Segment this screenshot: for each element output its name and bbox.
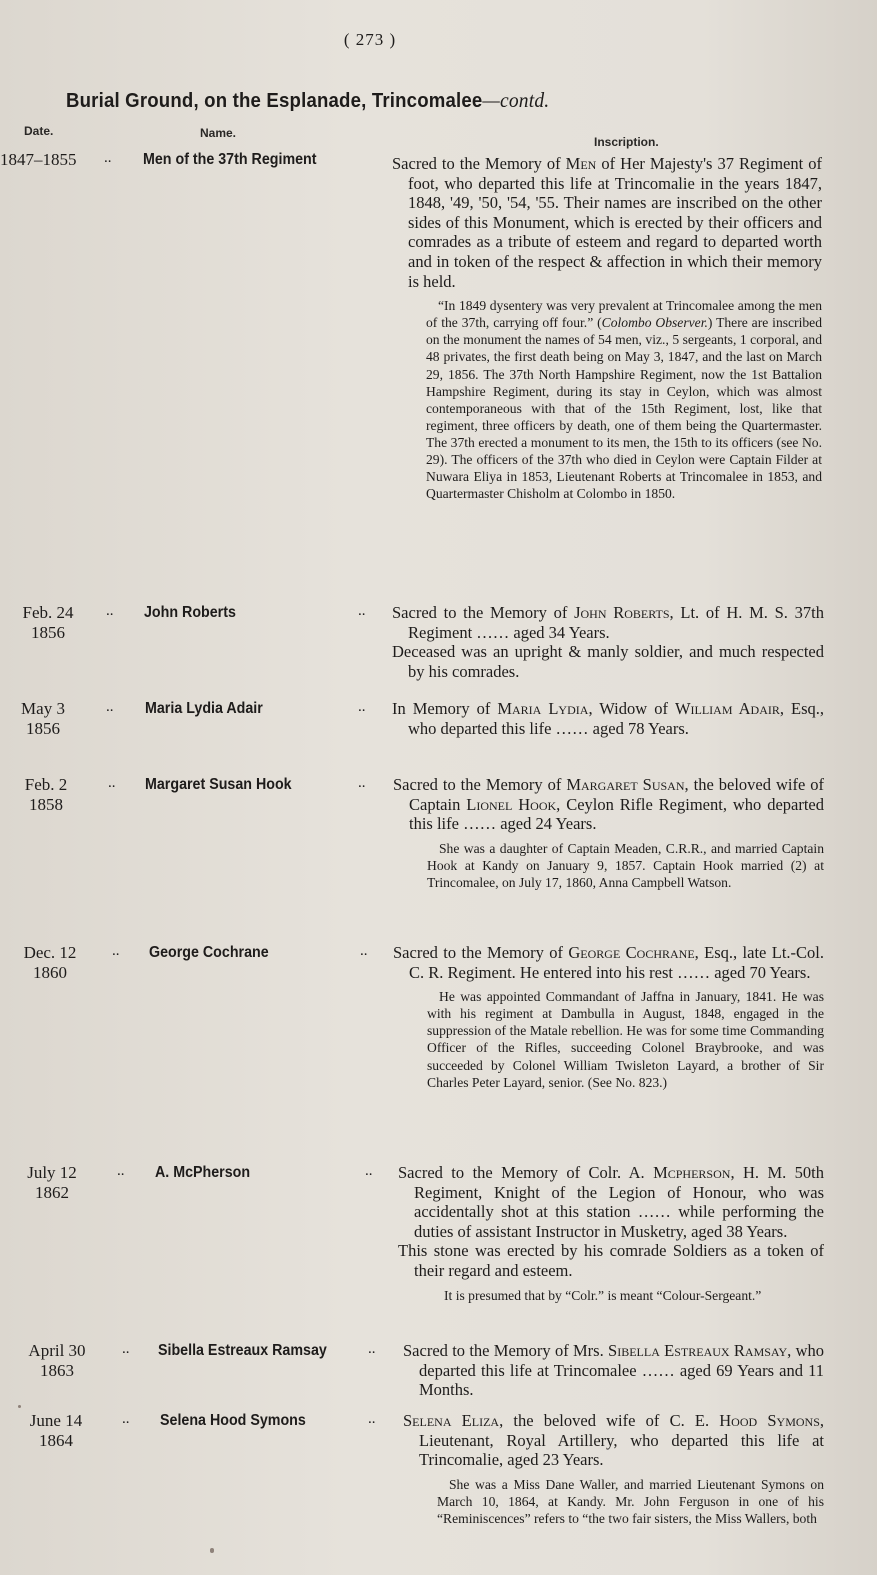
leader-dots: .. xyxy=(122,1411,130,1428)
entry-date: April 301863 xyxy=(17,1341,97,1381)
small-caps-name: Margaret Susan xyxy=(566,775,684,794)
entry-date-day: Feb. 2 xyxy=(6,775,86,795)
leader-dots: .. xyxy=(360,943,368,960)
title-text: Burial Ground, on the Esplanade, Trincom… xyxy=(66,90,482,112)
editorial-note: She was a Miss Dane Waller, and married … xyxy=(403,1476,824,1527)
inscription-paragraph: Sacred to the Memory of John Roberts, Lt… xyxy=(392,603,824,642)
note-text: She was a Miss Dane Waller, and married … xyxy=(421,1476,824,1527)
leader-dots: .. xyxy=(104,150,112,167)
entry-name: Sibella Estreaux Ramsay xyxy=(158,1342,327,1360)
column-header-name: Name. xyxy=(200,126,236,140)
inscription-paragraph: Sacred to the Memory of Margaret Susan, … xyxy=(393,775,824,834)
entry-inscription: Sacred to the Memory of Margaret Susan, … xyxy=(393,775,824,891)
entry-date: 1847–1855 xyxy=(0,150,90,170)
entry-date-day: April 30 xyxy=(17,1341,97,1361)
entry-inscription: In Memory of Maria Lydia, Widow of Willi… xyxy=(392,699,824,738)
leader-dots: .. xyxy=(368,1341,376,1358)
page-title: Burial Ground, on the Esplanade, Trincom… xyxy=(66,88,549,113)
leader-dots: .. xyxy=(368,1411,376,1428)
column-header-date: Date. xyxy=(24,124,53,138)
entry-inscription: Sacred to the Memory of John Roberts, Lt… xyxy=(392,603,824,681)
small-caps-name: George Cochrane xyxy=(568,943,694,962)
entry-date: June 141864 xyxy=(16,1411,96,1451)
entry-date: Feb. 241856 xyxy=(8,603,88,643)
entry-date-day: July 12 xyxy=(12,1163,92,1183)
entry-inscription: Sacred to the Memory of Colr. A. Mcphers… xyxy=(398,1163,824,1304)
small-caps-name: Lionel Hook xyxy=(466,795,556,814)
title-suffix: —contd. xyxy=(482,88,549,112)
small-caps-name: Men xyxy=(566,154,597,173)
note-text: “In 1849 dysentery was very prevalent at… xyxy=(410,297,822,502)
inscription-paragraph: This stone was erected by his comrade So… xyxy=(398,1241,824,1280)
entry-name: Maria Lydia Adair xyxy=(145,700,263,718)
entry-name: Men of the 37th Regiment xyxy=(143,151,317,169)
small-caps-name: Maria Lydia xyxy=(497,699,588,718)
entry-name: George Cochrane xyxy=(149,944,269,962)
page-number: ( 273 ) xyxy=(0,30,740,50)
leader-dots: .. xyxy=(358,699,366,716)
entry-name: John Roberts xyxy=(144,604,236,622)
small-caps-name: Mcpherson xyxy=(653,1163,730,1182)
entry-inscription: Sacred to the Memory of Mrs. Sibella Est… xyxy=(403,1341,824,1400)
small-caps-name: John Roberts xyxy=(574,603,669,622)
leader-dots: .. xyxy=(117,1163,125,1180)
leader-dots: .. xyxy=(106,603,114,620)
inscription-paragraph: Sacred to the Memory of Mrs. Sibella Est… xyxy=(403,1341,824,1400)
entry-date-year: 1856 xyxy=(3,719,83,739)
editorial-note: “In 1849 dysentery was very prevalent at… xyxy=(392,297,822,502)
entry-date: Feb. 21858 xyxy=(6,775,86,815)
entry-name: Selena Hood Symons xyxy=(160,1412,306,1430)
entry-date-day: Dec. 12 xyxy=(10,943,90,963)
entry-date-day: 1847–1855 xyxy=(0,150,90,170)
editorial-note: She was a daughter of Captain Meaden, C.… xyxy=(393,840,824,891)
entry-date-year: 1862 xyxy=(12,1183,92,1203)
leader-dots: .. xyxy=(358,775,366,792)
inscription-paragraph: Sacred to the Memory of George Cochrane,… xyxy=(393,943,824,982)
leader-dots: .. xyxy=(122,1341,130,1358)
leader-dots: .. xyxy=(365,1163,373,1180)
entry-date-year: 1864 xyxy=(16,1431,96,1451)
inscription-paragraph: Deceased was an upright & manly soldier,… xyxy=(392,642,824,681)
entry-date-year: 1860 xyxy=(10,963,90,983)
leader-dots: .. xyxy=(358,603,366,620)
entry-date-day: June 14 xyxy=(16,1411,96,1431)
inscription-paragraph: Selena Eliza, the beloved wife of C. E. … xyxy=(403,1411,824,1470)
entry-name: Margaret Susan Hook xyxy=(145,776,292,794)
small-caps-name: Hood Symons xyxy=(719,1411,820,1430)
small-caps-name: Sibella Estreaux Ramsay xyxy=(608,1341,787,1360)
paper-blemish xyxy=(18,1405,21,1408)
note-text: He was appointed Commandant of Jaffna in… xyxy=(411,988,824,1091)
leader-dots: .. xyxy=(108,775,116,792)
inscription-paragraph: Sacred to the Memory of Colr. A. Mcphers… xyxy=(398,1163,824,1241)
entry-name: A. McPherson xyxy=(155,1164,250,1182)
entry-date: May 31856 xyxy=(3,699,83,739)
leader-dots: .. xyxy=(106,699,114,716)
editorial-note: It is presumed that by “Colr.” is meant … xyxy=(398,1287,824,1304)
column-header-inscription: Inscription. xyxy=(594,135,659,149)
entry-date-day: Feb. 24 xyxy=(8,603,88,623)
entry-inscription: Sacred to the Memory of George Cochrane,… xyxy=(393,943,824,1091)
entry-inscription: Sacred to the Memory of Men of Her Majes… xyxy=(392,154,822,502)
note-text: It is presumed that by “Colr.” is meant … xyxy=(416,1287,824,1304)
small-caps-name: Selena Eliza xyxy=(403,1411,499,1430)
entry-date-year: 1858 xyxy=(6,795,86,815)
entry-inscription: Selena Eliza, the beloved wife of C. E. … xyxy=(403,1411,824,1527)
editorial-note: He was appointed Commandant of Jaffna in… xyxy=(393,988,824,1091)
entry-date-day: May 3 xyxy=(3,699,83,719)
leader-dots: .. xyxy=(112,943,120,960)
note-text: She was a daughter of Captain Meaden, C.… xyxy=(411,840,824,891)
small-caps-name: William Adair xyxy=(675,699,780,718)
inscription-paragraph: Sacred to the Memory of Men of Her Majes… xyxy=(392,154,822,291)
inscription-paragraph: In Memory of Maria Lydia, Widow of Willi… xyxy=(392,699,824,738)
entry-date: Dec. 121860 xyxy=(10,943,90,983)
paper-blemish xyxy=(210,1548,214,1553)
entry-date-year: 1863 xyxy=(17,1361,97,1381)
citation-source: Colombo Observer. xyxy=(602,315,708,330)
entry-date-year: 1856 xyxy=(8,623,88,643)
entry-date: July 121862 xyxy=(12,1163,92,1203)
